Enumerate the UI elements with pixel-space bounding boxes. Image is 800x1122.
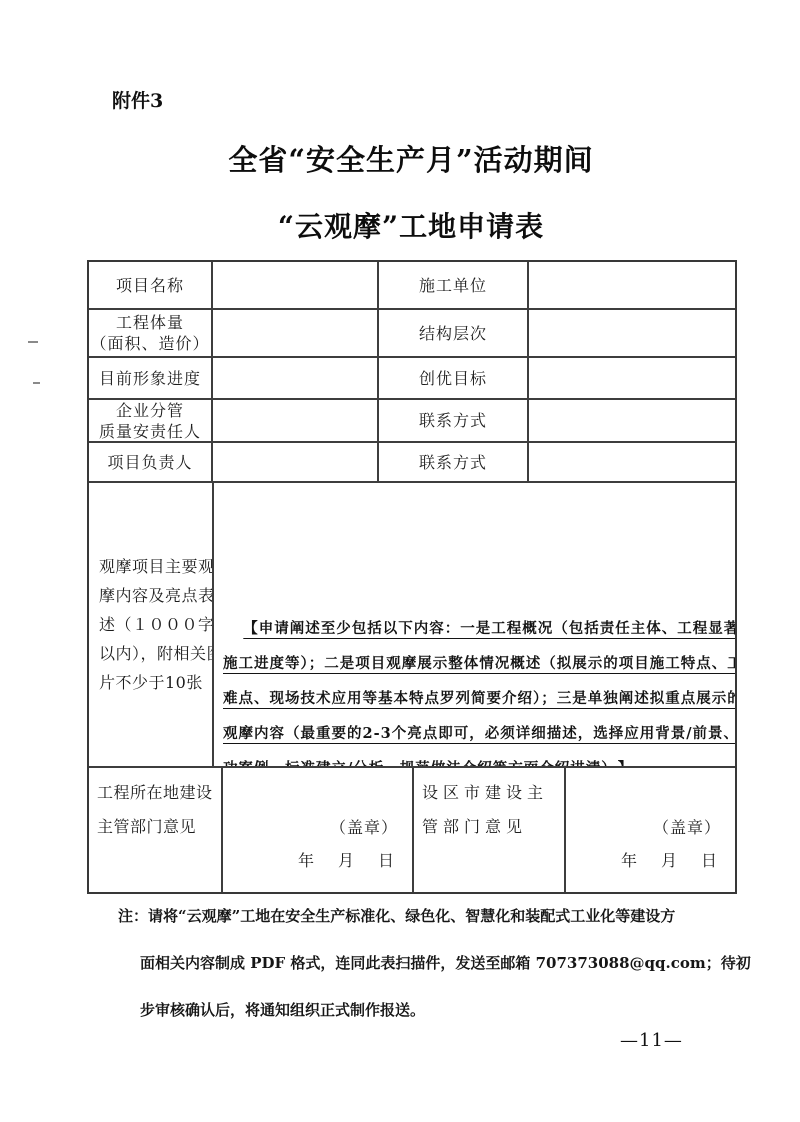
application-form-table: 项目名称 施工单位 工程体量 （面积、造价） 结构层次 目前形象进度 创优目标 … — [87, 260, 737, 894]
stamp-placeholder: （盖章） — [653, 812, 721, 844]
field-observation-content-instructions: 【申请阐述至少包括以下内容：一是工程概况（包括责任主体、工程显著特点、 施工进度… — [214, 483, 735, 766]
footnote-line-2: 面相关内容制成 PDF 格式，连同此表扫描件，发送至邮箱 707373088@q… — [118, 940, 666, 987]
attachment-label: 附件3 — [112, 86, 163, 113]
table-row-approval: 工程所在地建设 主管部门意见 （盖章） 年 月 日 设区市建设主 管部门意见 （… — [89, 768, 735, 892]
table-row: 项目名称 施工单位 — [89, 262, 735, 310]
field-municipal-authority-stamp: （盖章） 年 月 日 — [566, 768, 735, 892]
table-row: 目前形象进度 创优目标 — [89, 358, 735, 400]
table-row: 项目负责人 联系方式 — [89, 443, 735, 483]
document-title: 全省“安全生产月”活动期间 “云观摩”工地申请表 — [88, 138, 734, 245]
field-project-manager — [213, 443, 379, 481]
label-construction-unit: 施工单位 — [379, 262, 529, 308]
page-number: —11— — [620, 1030, 683, 1051]
footnote-line-1: 注：请将“云观摩”工地在安全生产标准化、绿色化、智慧化和装配式工业化等建设方 — [118, 893, 666, 940]
field-project-name — [213, 262, 379, 308]
field-enterprise-safety-officer — [213, 400, 379, 441]
label-contact-method-1: 联系方式 — [379, 400, 529, 441]
label-local-authority-opinion: 工程所在地建设 主管部门意见 — [89, 768, 223, 892]
label-structure-levels: 结构层次 — [379, 310, 529, 356]
table-row: 企业分管 质量安责任人 联系方式 — [89, 400, 735, 443]
label-observation-content: 观摩项目主要观 摩内容及亮点表 述（１０００字 以内），附相关图 片不少于10张 — [89, 483, 214, 766]
title-line-2: “云观摩”工地申请表 — [88, 205, 734, 245]
field-structure-levels — [529, 310, 735, 356]
field-local-authority-stamp: （盖章） 年 月 日 — [223, 768, 414, 892]
label-current-progress: 目前形象进度 — [89, 358, 213, 398]
field-project-volume — [213, 310, 379, 356]
stamp-placeholder: （盖章） — [330, 812, 398, 844]
date-placeholder: 年 月 日 — [621, 844, 721, 878]
label-project-volume: 工程体量 （面积、造价） — [89, 310, 213, 356]
label-project-manager: 项目负责人 — [89, 443, 213, 481]
table-row-observation-content: 观摩项目主要观 摩内容及亮点表 述（１０００字 以内），附相关图 片不少于10张… — [89, 483, 735, 768]
field-construction-unit — [529, 262, 735, 308]
field-contact-method-1 — [529, 400, 735, 441]
field-current-progress — [213, 358, 379, 398]
footnote: 注：请将“云观摩”工地在安全生产标准化、绿色化、智慧化和装配式工业化等建设方 面… — [118, 893, 666, 1034]
table-row: 工程体量 （面积、造价） 结构层次 — [89, 310, 735, 358]
label-municipal-authority-opinion: 设区市建设主 管部门意见 — [414, 768, 566, 892]
label-contact-method-2: 联系方式 — [379, 443, 529, 481]
field-contact-method-2 — [529, 443, 735, 481]
label-excellence-goal: 创优目标 — [379, 358, 529, 398]
title-line-1: 全省“安全生产月”活动期间 — [88, 138, 734, 179]
label-project-name: 项目名称 — [89, 262, 213, 308]
scan-artifact-dash — [28, 341, 38, 343]
label-enterprise-safety-officer: 企业分管 质量安责任人 — [89, 400, 213, 441]
date-placeholder: 年 月 日 — [298, 844, 398, 878]
field-excellence-goal — [529, 358, 735, 398]
footnote-line-3: 步审核确认后，将通知组织正式制作报送。 — [118, 987, 666, 1034]
scan-artifact-dash — [33, 382, 40, 384]
